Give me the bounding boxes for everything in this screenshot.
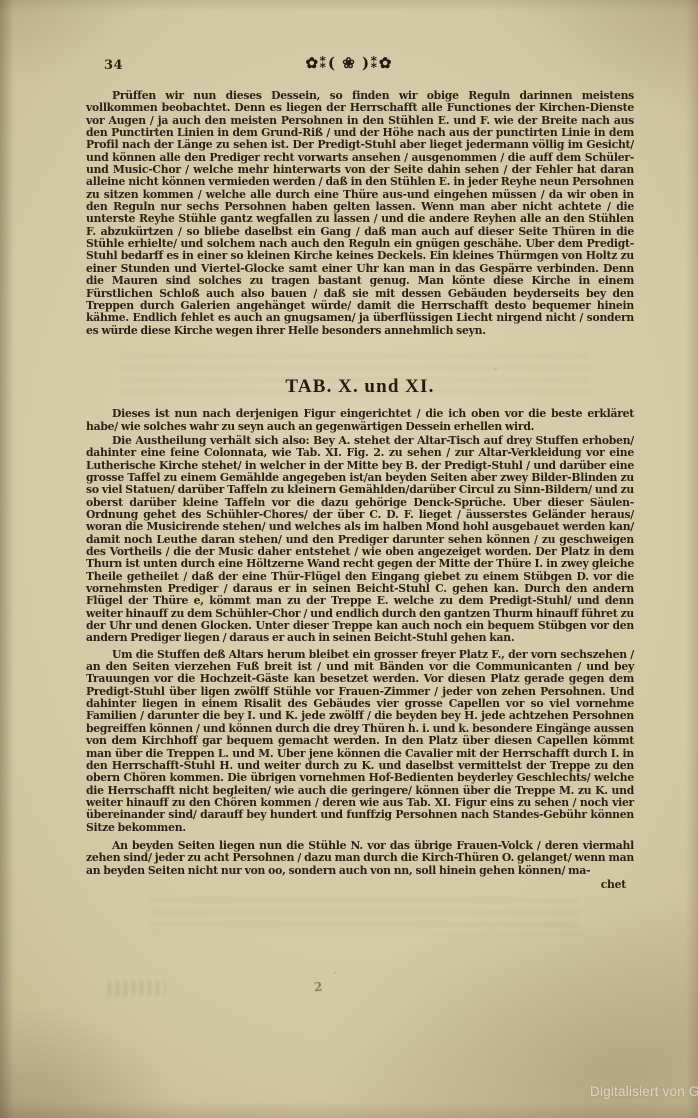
paragraph: Prüffen wir nun dieses Dessein, so finde… bbox=[86, 90, 634, 337]
paragraph: Die Austheilung verhält sich also: Bey A… bbox=[86, 435, 634, 645]
verso-show-through bbox=[150, 897, 580, 935]
paragraph: An beyden Seiten liegen nun die Stühle N… bbox=[86, 840, 634, 877]
faint-stamp bbox=[108, 980, 166, 996]
paragraph: Um die Stuffen deß Altars herum bleibet … bbox=[86, 649, 634, 834]
paragraph: Dieses ist nun nach derjenigen Figur ein… bbox=[86, 408, 634, 433]
header-ornament-icon: ✿⁑( ❀ )⁑✿ bbox=[0, 54, 698, 72]
text-block: Prüffen wir nun dieses Dessein, so finde… bbox=[86, 90, 634, 891]
catchword: chet bbox=[86, 879, 634, 891]
digitization-watermark: Digitalisiert von Google bbox=[590, 1084, 698, 1099]
gathering-signature: 2 bbox=[314, 980, 323, 995]
verso-show-through bbox=[120, 352, 590, 398]
book-page-scan: 34 ✿⁑( ❀ )⁑✿ Prüffen wir nun dieses Dess… bbox=[0, 0, 698, 1118]
